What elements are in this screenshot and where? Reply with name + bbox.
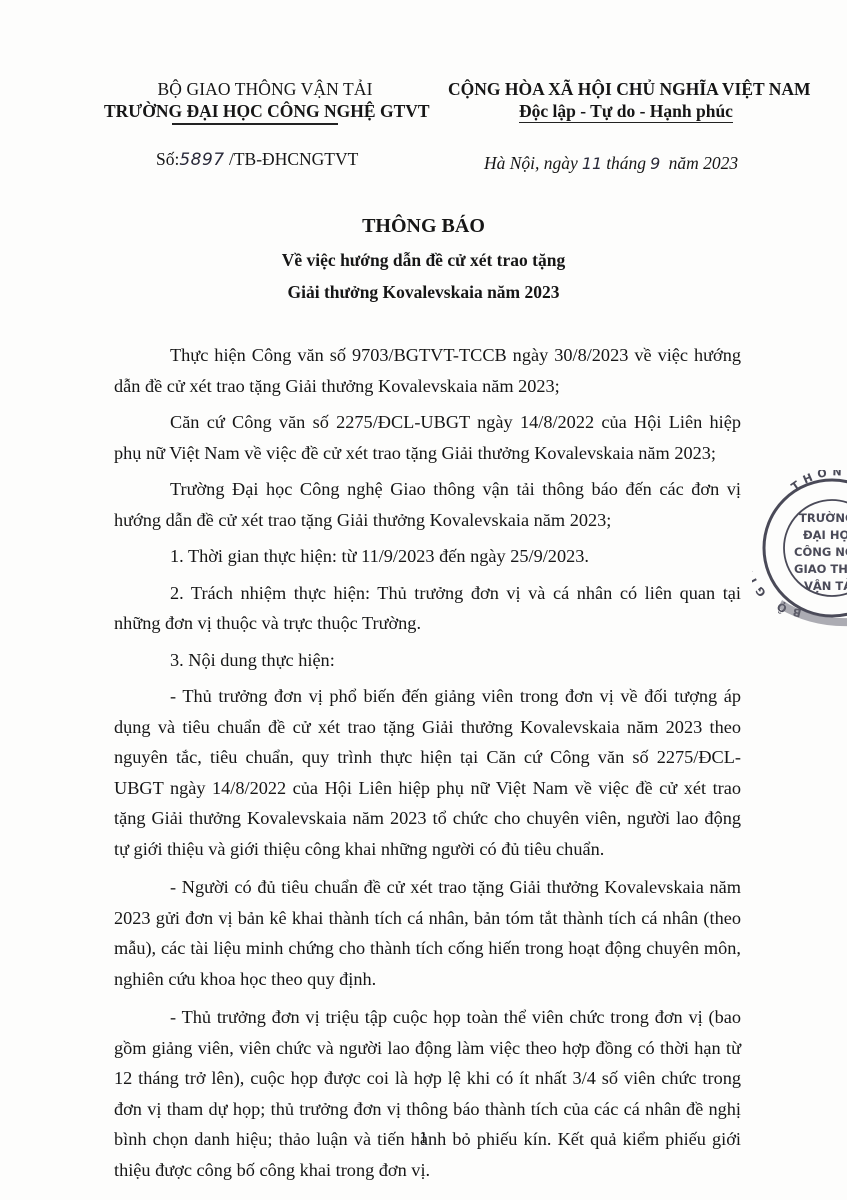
- national-motto: Độc lập - Tự do - Hạnh phúc: [519, 100, 733, 123]
- document-title-block: THÔNG BÁO Về việc hướng dẫn đề cử xét tr…: [0, 214, 847, 308]
- svg-text:VẬN TẢI: VẬN TẢI: [804, 577, 847, 593]
- document-number: Số:5897 /TB-ĐHCNGTVT: [156, 148, 358, 171]
- official-seal-stamp: BỘ GIAO THÔN TRƯỜNG ĐẠI HỌC CÔNG NGHỆ GI…: [752, 470, 847, 630]
- page-number: 1: [0, 1128, 847, 1148]
- document-number-handwritten: 5897: [179, 150, 224, 170]
- date-year: năm 2023: [669, 153, 739, 173]
- document-body: Thực hiện Công văn số 9703/BGTVT-TCCB ng…: [114, 340, 741, 1193]
- date-month-handwritten: 9: [650, 154, 660, 173]
- paragraph-announcement: Trường Đại học Công nghệ Giao thông vận …: [114, 474, 741, 535]
- svg-text:TRƯỜNG: TRƯỜNG: [799, 510, 847, 525]
- bullet-submission: - Người có đủ tiêu chuẩn đề cử xét trao …: [114, 872, 741, 994]
- seal-icon: BỘ GIAO THÔN TRƯỜNG ĐẠI HỌC CÔNG NGHỆ GI…: [752, 470, 847, 630]
- ministry-name: BỘ GIAO THÔNG VẬN TẢI: [104, 78, 426, 100]
- issuer-header: BỘ GIAO THÔNG VẬN TẢI TRƯỜNG ĐẠI HỌC CÔN…: [104, 78, 426, 122]
- school-name: TRƯỜNG ĐẠI HỌC CÔNG NGHỆ GTVT: [104, 100, 426, 122]
- document-number-suffix: /TB-ĐHCNGTVT: [229, 149, 358, 169]
- date-month-label: tháng: [606, 153, 646, 173]
- bullet-meeting: - Thủ trưởng đơn vị triệu tập cuộc họp t…: [114, 1002, 741, 1185]
- paragraph-reference-1: Thực hiện Công văn số 9703/BGTVT-TCCB ng…: [114, 340, 741, 401]
- date-day-handwritten: 11: [582, 154, 602, 173]
- document-subtitle-line-2: Giải thưởng Kovalevskaia năm 2023: [0, 276, 847, 308]
- document-subtitle-line-1: Về việc hướng dẫn đề cử xét trao tặng: [0, 244, 847, 276]
- item-content-heading: 3. Nội dung thực hiện:: [114, 645, 741, 676]
- svg-text:BỘ GIAO: BỘ GIAO: [752, 542, 803, 619]
- svg-text:THÔN: THÔN: [789, 470, 847, 494]
- document-title: THÔNG BÁO: [0, 214, 847, 238]
- svg-text:GIAO THÔNG: GIAO THÔNG: [794, 561, 847, 576]
- paragraph-reference-2: Căn cứ Công văn số 2275/ĐCL-UBGT ngày 14…: [114, 407, 741, 468]
- bullet-dissemination: - Thủ trưởng đơn vị phổ biến đến giảng v…: [114, 681, 741, 864]
- national-header: CỘNG HÒA XÃ HỘI CHỦ NGHĨA VIỆT NAM Độc l…: [448, 78, 804, 123]
- country-name: CỘNG HÒA XÃ HỘI CHỦ NGHĨA VIỆT NAM: [448, 78, 804, 100]
- document-page: BỘ GIAO THÔNG VẬN TẢI TRƯỜNG ĐẠI HỌC CÔN…: [0, 0, 847, 1200]
- svg-text:CÔNG NGHỆ: CÔNG NGHỆ: [794, 544, 847, 559]
- issuer-underline: [172, 123, 338, 125]
- issue-date: Hà Nội, ngày11tháng9 năm 2023: [484, 152, 738, 175]
- item-responsibility: 2. Trách nhiệm thực hiện: Thủ trưởng đơn…: [114, 578, 741, 639]
- document-number-label: Số:: [156, 149, 179, 169]
- date-prefix: Hà Nội, ngày: [484, 153, 578, 173]
- svg-text:ĐẠI HỌC: ĐẠI HỌC: [803, 528, 847, 542]
- item-timeline: 1. Thời gian thực hiện: từ 11/9/2023 đến…: [114, 541, 741, 572]
